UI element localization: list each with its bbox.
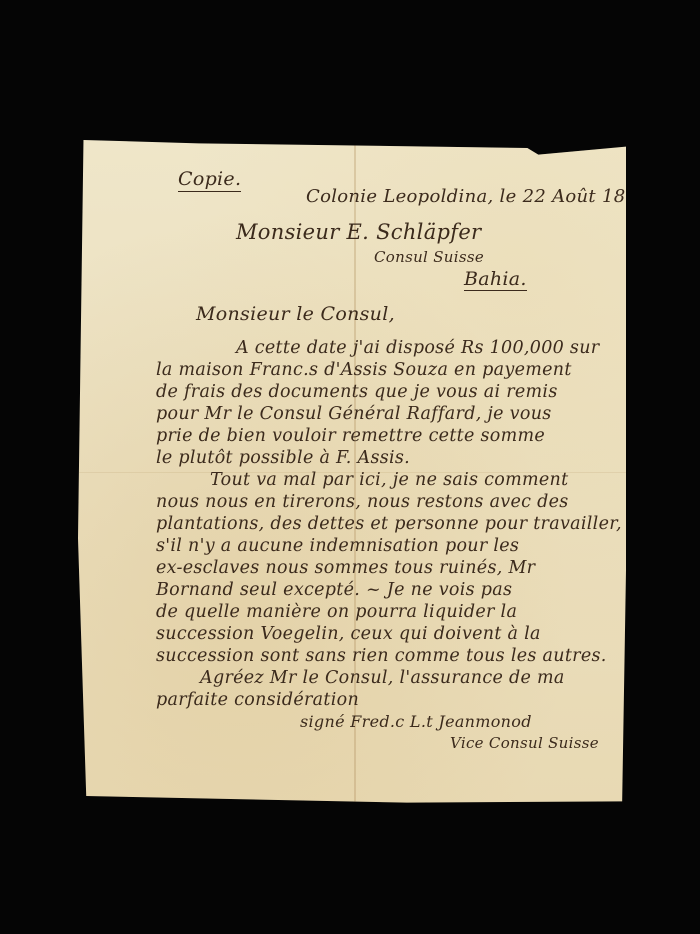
body-line: ex-esclaves nous sommes tous ruinés, Mr — [156, 558, 535, 578]
addressee-name: Monsieur E. Schläpfer — [236, 220, 481, 244]
body-line: de frais des documents que je vous ai re… — [156, 382, 558, 402]
body-line: de quelle manière on pourra liquider la — [156, 602, 517, 622]
body-line: la maison Franc.s d'Assis Souza en payem… — [156, 360, 572, 380]
salutation: Monsieur le Consul, — [196, 303, 395, 325]
place-date: Colonie Leopoldina, le 22 Août 18.. — [306, 186, 638, 207]
letter-paper: Copie. Colonie Leopoldina, le 22 Août 18… — [78, 140, 626, 804]
copy-label: Copie. — [178, 168, 241, 192]
body-line: prie de bien vouloir remettre cette somm… — [156, 426, 545, 446]
body-line: Tout va mal par ici, je ne sais comment — [210, 470, 568, 490]
body-line: plantations, des dettes et personne pour… — [156, 514, 622, 534]
body-line: le plutôt possible à F. Assis. — [156, 448, 410, 468]
body-line: parfaite considération — [156, 690, 359, 710]
body-line: s'il n'y a aucune indemnisation pour les — [156, 536, 519, 556]
body-line: Agréez Mr le Consul, l'assurance de ma — [200, 668, 565, 688]
body-line: pour Mr le Consul Général Raffard, je vo… — [156, 404, 552, 424]
addressee-title: Consul Suisse — [374, 248, 484, 266]
body-line: Bornand seul excepté. ~ Je ne vois pas — [156, 580, 512, 600]
body-line: nous nous en tirerons, nous restons avec… — [156, 492, 569, 512]
signature-title: Vice Consul Suisse — [450, 734, 599, 752]
body-line: succession sont sans rien comme tous les… — [156, 646, 607, 666]
body-line: succession Voegelin, ceux qui doivent à … — [156, 624, 541, 644]
body-line: A cette date j'ai disposé Rs 100,000 sur — [236, 338, 599, 358]
signature: signé Fred.c L.t Jeanmonod — [300, 712, 532, 731]
addressee-city: Bahia. — [464, 268, 527, 291]
